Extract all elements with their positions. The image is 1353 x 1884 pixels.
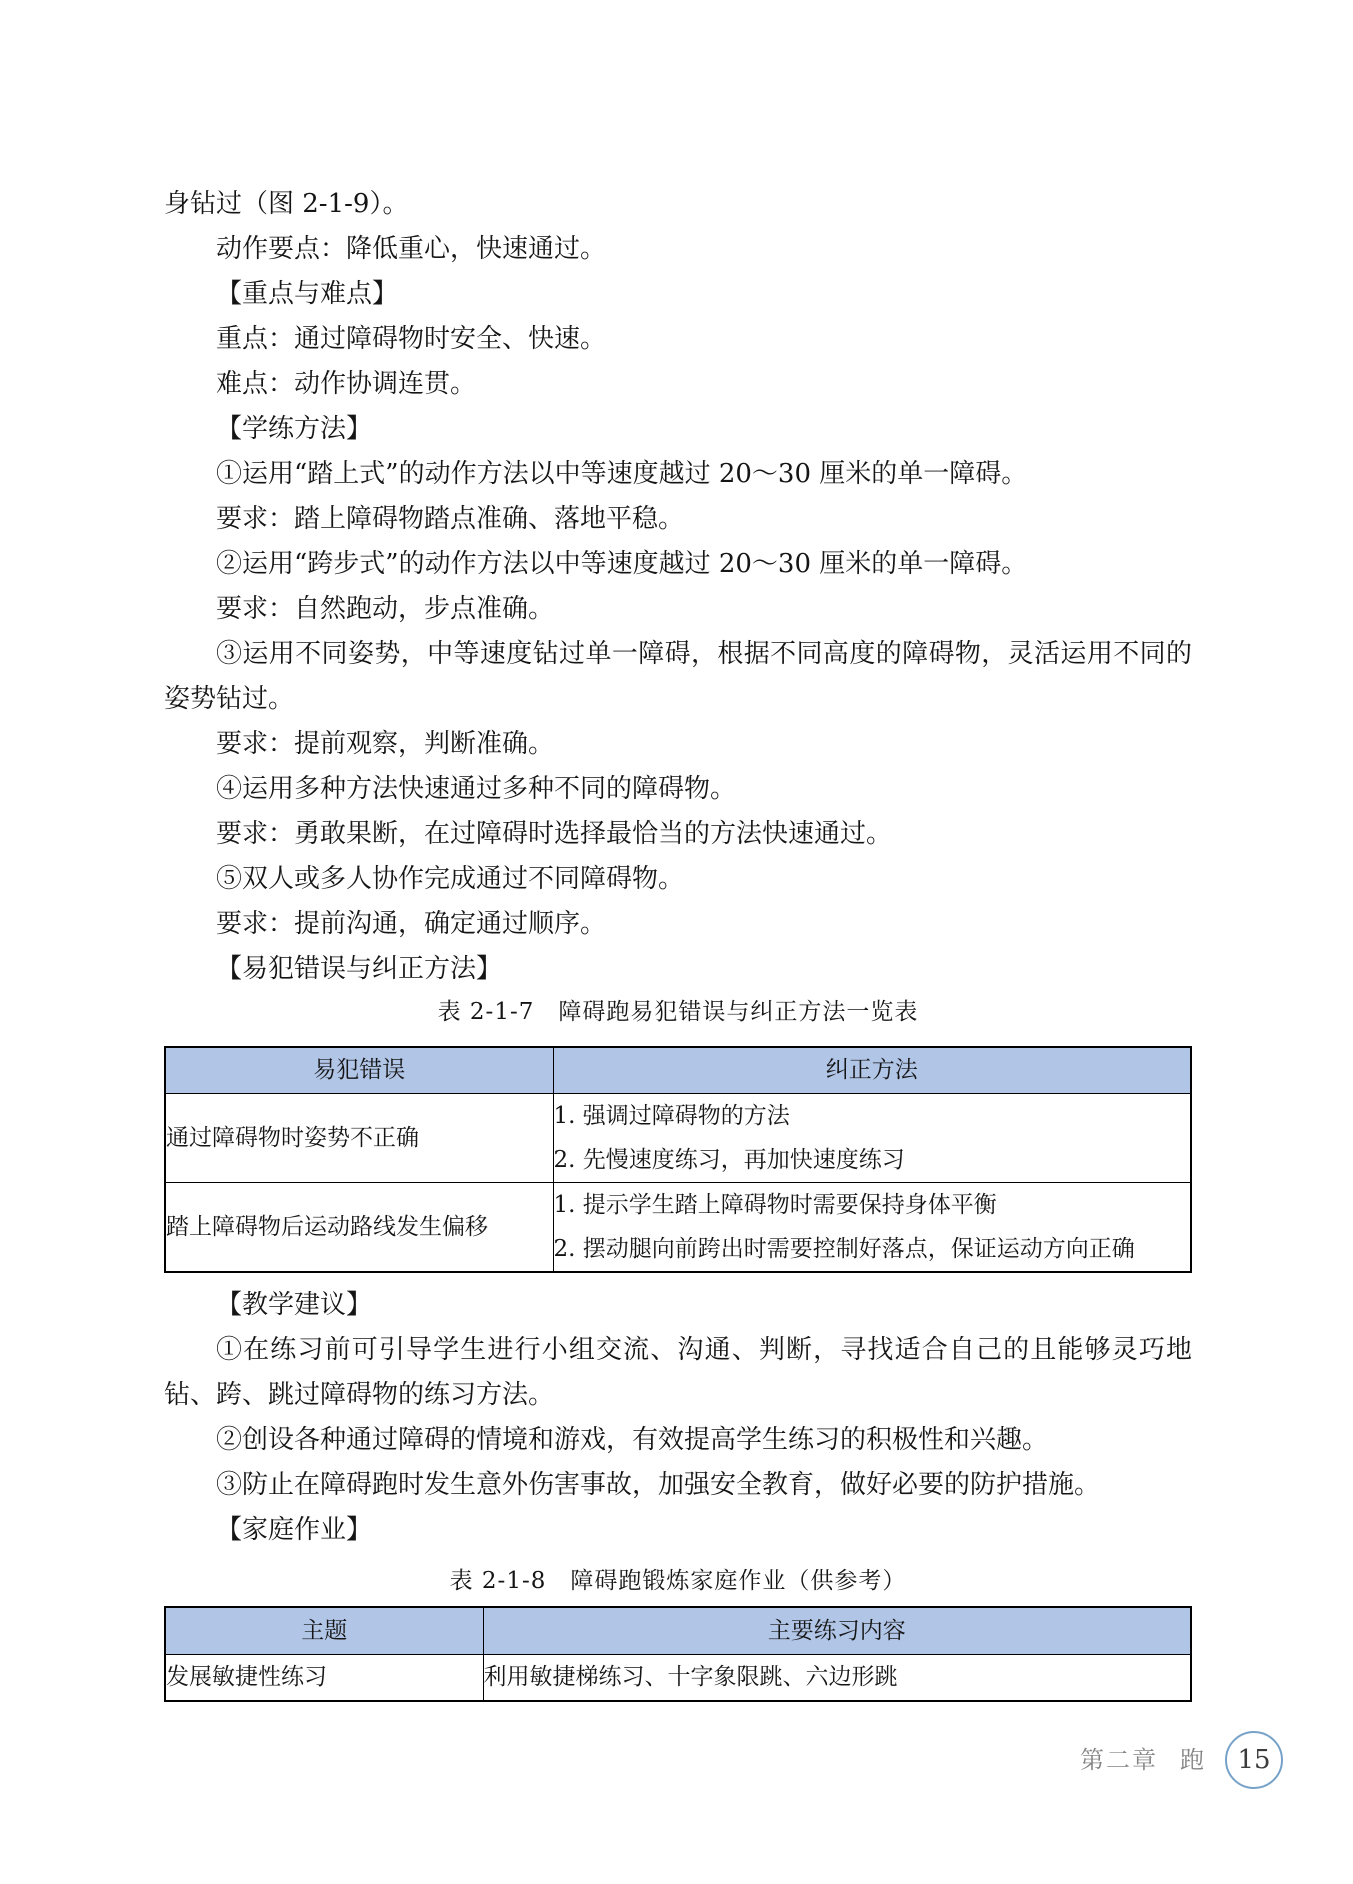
error-cell: 通过障碍物时姿势不正确 <box>165 1094 553 1183</box>
correction-cell: 1. 提示学生踏上障碍物时需要保持身体平衡 2. 摆动腿向前跨出时需要控制好落点… <box>553 1183 1191 1273</box>
paragraph: 要求：自然跑动，步点准确。 <box>164 587 1192 632</box>
column-header-correction: 纠正方法 <box>553 1047 1191 1094</box>
footer-chapter-label: 第二章 <box>1080 1746 1158 1774</box>
section-heading: 【家庭作业】 <box>164 1508 1192 1553</box>
paragraph: ④运用多种方法快速通过多种不同的障碍物。 <box>164 767 1192 812</box>
topic-cell: 发展敏捷性练习 <box>165 1655 483 1702</box>
correction-item: 2. 摆动腿向前跨出时需要控制好落点，保证运动方向正确 <box>554 1227 1191 1271</box>
table-caption: 表 2-1-8 障碍跑锻炼家庭作业（供参考） <box>164 1561 1192 1601</box>
correction-item: 2. 先慢速度练习，再加快速度练习 <box>554 1138 1191 1182</box>
page-number: 15 <box>1237 1745 1270 1775</box>
paragraph: ③运用不同姿势，中等速度钻过单一障碍，根据不同高度的障碍物，灵活运用不同的姿势钻… <box>164 632 1192 722</box>
section-heading: 【教学建议】 <box>164 1283 1192 1328</box>
table-header-row: 主题 主要练习内容 <box>165 1607 1191 1655</box>
paragraph: ⑤双人或多人协作完成通过不同障碍物。 <box>164 857 1192 902</box>
paragraph: 要求：勇敢果断，在过障碍时选择最恰当的方法快速通过。 <box>164 812 1192 857</box>
correction-item: 1. 提示学生踏上障碍物时需要保持身体平衡 <box>554 1183 1191 1227</box>
teaching-advice-section: 【教学建议】 ①在练习前可引导学生进行小组交流、沟通、判断，寻找适合自己的且能够… <box>164 1283 1192 1553</box>
paragraph: 要求：踏上障碍物踏点准确、落地平稳。 <box>164 497 1192 542</box>
document-content: 身钻过（图 2-1-9）。 动作要点：降低重心，快速通过。 【重点与难点】 重点… <box>164 182 1192 1702</box>
paragraph: 要求：提前观察，判断准确。 <box>164 722 1192 767</box>
error-cell: 踏上障碍物后运动路线发生偏移 <box>165 1183 553 1273</box>
paragraph: 重点：通过障碍物时安全、快速。 <box>164 317 1192 362</box>
correction-cell: 1. 强调过障碍物的方法 2. 先慢速度练习，再加快速度练习 <box>553 1094 1191 1183</box>
page-number-badge: 15 <box>1225 1731 1283 1789</box>
paragraph: ①运用“踏上式”的动作方法以中等速度越过 20～30 厘米的单一障碍。 <box>164 452 1192 497</box>
footer-chapter: 第二章跑 <box>0 1742 1206 1778</box>
column-header-topic: 主题 <box>165 1607 483 1655</box>
section-heading: 【重点与难点】 <box>164 272 1192 317</box>
paragraph: ②运用“跨步式”的动作方法以中等速度越过 20～30 厘米的单一障碍。 <box>164 542 1192 587</box>
footer-section-label: 跑 <box>1180 1746 1206 1774</box>
paragraph: 动作要点：降低重心，快速通过。 <box>164 227 1192 272</box>
column-header-content: 主要练习内容 <box>483 1607 1191 1655</box>
paragraph: 身钻过（图 2-1-9）。 <box>164 182 1192 227</box>
correction-item: 1. 强调过障碍物的方法 <box>554 1094 1191 1138</box>
column-header-error: 易犯错误 <box>165 1047 553 1094</box>
table-homework: 主题 主要练习内容 发展敏捷性练习 利用敏捷梯练习、十字象限跳、六边形跳 <box>164 1606 1192 1702</box>
table-row: 踏上障碍物后运动路线发生偏移 1. 提示学生踏上障碍物时需要保持身体平衡 2. … <box>165 1183 1191 1273</box>
paragraph: 难点：动作协调连贯。 <box>164 362 1192 407</box>
paragraph: ①在练习前可引导学生进行小组交流、沟通、判断，寻找适合自己的且能够灵巧地钻、跨、… <box>164 1328 1192 1418</box>
table-row: 发展敏捷性练习 利用敏捷梯练习、十字象限跳、六边形跳 <box>165 1655 1191 1702</box>
content-cell: 利用敏捷梯练习、十字象限跳、六边形跳 <box>483 1655 1191 1702</box>
section-heading: 【易犯错误与纠正方法】 <box>164 947 1192 992</box>
table-row: 通过障碍物时姿势不正确 1. 强调过障碍物的方法 2. 先慢速度练习，再加快速度… <box>165 1094 1191 1183</box>
paragraph: 要求：提前沟通，确定通过顺序。 <box>164 902 1192 947</box>
table-header-row: 易犯错误 纠正方法 <box>165 1047 1191 1094</box>
table-common-errors: 易犯错误 纠正方法 通过障碍物时姿势不正确 1. 强调过障碍物的方法 2. 先慢… <box>164 1046 1192 1273</box>
section-heading: 【学练方法】 <box>164 407 1192 452</box>
table-caption: 表 2-1-7 障碍跑易犯错误与纠正方法一览表 <box>164 992 1192 1032</box>
textbook-page: 身钻过（图 2-1-9）。 动作要点：降低重心，快速通过。 【重点与难点】 重点… <box>0 0 1353 1884</box>
paragraph: ③防止在障碍跑时发生意外伤害事故，加强安全教育，做好必要的防护措施。 <box>164 1463 1192 1508</box>
paragraph: ②创设各种通过障碍的情境和游戏，有效提高学生练习的积极性和兴趣。 <box>164 1418 1192 1463</box>
